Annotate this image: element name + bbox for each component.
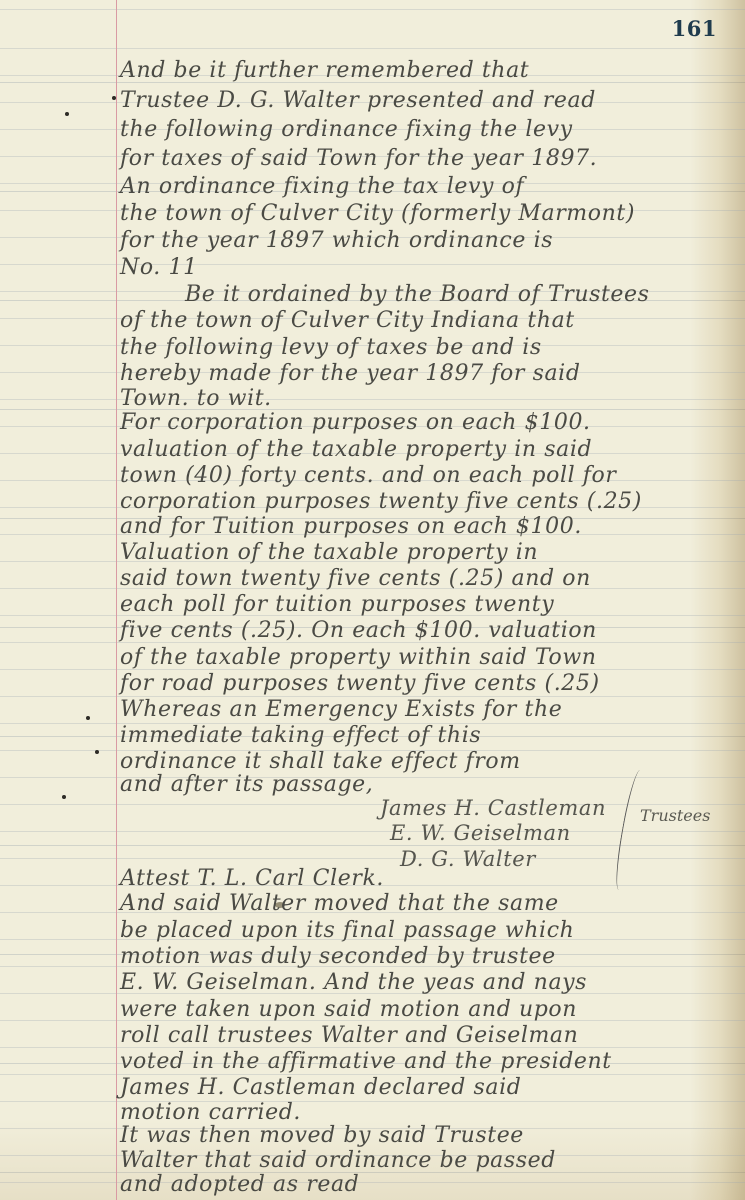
text-line: It was then moved by said Trustee (120, 1123, 524, 1149)
ledger-page: 161 And be it further remembered that Tr… (0, 0, 745, 1200)
text-line: corporation purposes twenty five cents (… (120, 489, 642, 515)
text-line: for the year 1897 which ordinance is (120, 228, 553, 254)
text-line: hereby made for the year 1897 for said (120, 361, 581, 387)
text-line: and for Tuition purposes on each $100. (120, 514, 582, 540)
ink-spot (112, 96, 116, 100)
text-line: roll call trustees Walter and Geiselman (120, 1023, 578, 1049)
text-line: Walter that said ordinance be passed (120, 1148, 556, 1174)
signature-walter: D. G. Walter (400, 846, 536, 872)
text-line: An ordinance fixing the tax levy of (120, 174, 524, 200)
text-line: motion was duly seconded by trustee (120, 944, 556, 970)
text-line: and after its passage, (120, 772, 373, 798)
text-line: Be it ordained by the Board of Trustees (185, 282, 650, 308)
signature-castleman: James H. Castleman (380, 795, 606, 821)
text-line: for road purposes twenty five cents (.25… (120, 671, 600, 697)
text-line: immediate taking effect of this (120, 723, 481, 749)
text-line: were taken upon said motion and upon (120, 997, 577, 1023)
ink-spot (95, 750, 99, 754)
text-line: And be it further remembered that (120, 58, 529, 84)
text-line: five cents (.25). On each $100. valuatio… (120, 618, 597, 644)
signature-geiselman: E. W. Geiselman (390, 820, 571, 846)
text-line: For corporation purposes on each $100. (120, 410, 591, 436)
text-line: be placed upon its final passage which (120, 918, 574, 944)
text-line: of the taxable property within said Town (120, 645, 597, 671)
attest-line: Attest T. L. Carl Clerk. (120, 866, 384, 892)
text-line: the town of Culver City (formerly Marmon… (120, 201, 635, 227)
text-line: valuation of the taxable property in sai… (120, 437, 592, 463)
text-line: for taxes of said Town for the year 1897… (120, 146, 597, 172)
text-line: each poll for tuition purposes twenty (120, 592, 554, 618)
page-number: 161 (672, 16, 717, 41)
text-line: town (40) forty cents. and on each poll … (120, 463, 617, 489)
text-line: E. W. Geiselman. And the yeas and nays (120, 970, 587, 996)
text-line: And said Walter moved that the same (120, 891, 559, 917)
ink-spot (86, 716, 90, 720)
text-line: James H. Castleman declared said (120, 1075, 521, 1101)
ink-spot (62, 795, 66, 799)
text-line: Whereas an Emergency Exists for the (120, 697, 562, 723)
text-line: and adopted as read (120, 1172, 359, 1198)
red-margin-line (116, 0, 117, 1200)
text-line: of the town of Culver City Indiana that (120, 308, 575, 334)
ink-spot (65, 112, 69, 116)
trustees-label: Trustees (640, 806, 710, 825)
text-line: said town twenty five cents (.25) and on (120, 566, 591, 592)
text-line: Trustee D. G. Walter presented and read (120, 88, 596, 114)
text-line: No. 11 (120, 255, 198, 281)
text-line: the following ordinance fixing the levy (120, 117, 573, 143)
text-line: the following levy of taxes be and is (120, 335, 542, 361)
text-line: Valuation of the taxable property in (120, 540, 538, 566)
text-line: voted in the affirmative and the preside… (120, 1049, 612, 1075)
text-line: Town. to wit. (120, 386, 272, 412)
